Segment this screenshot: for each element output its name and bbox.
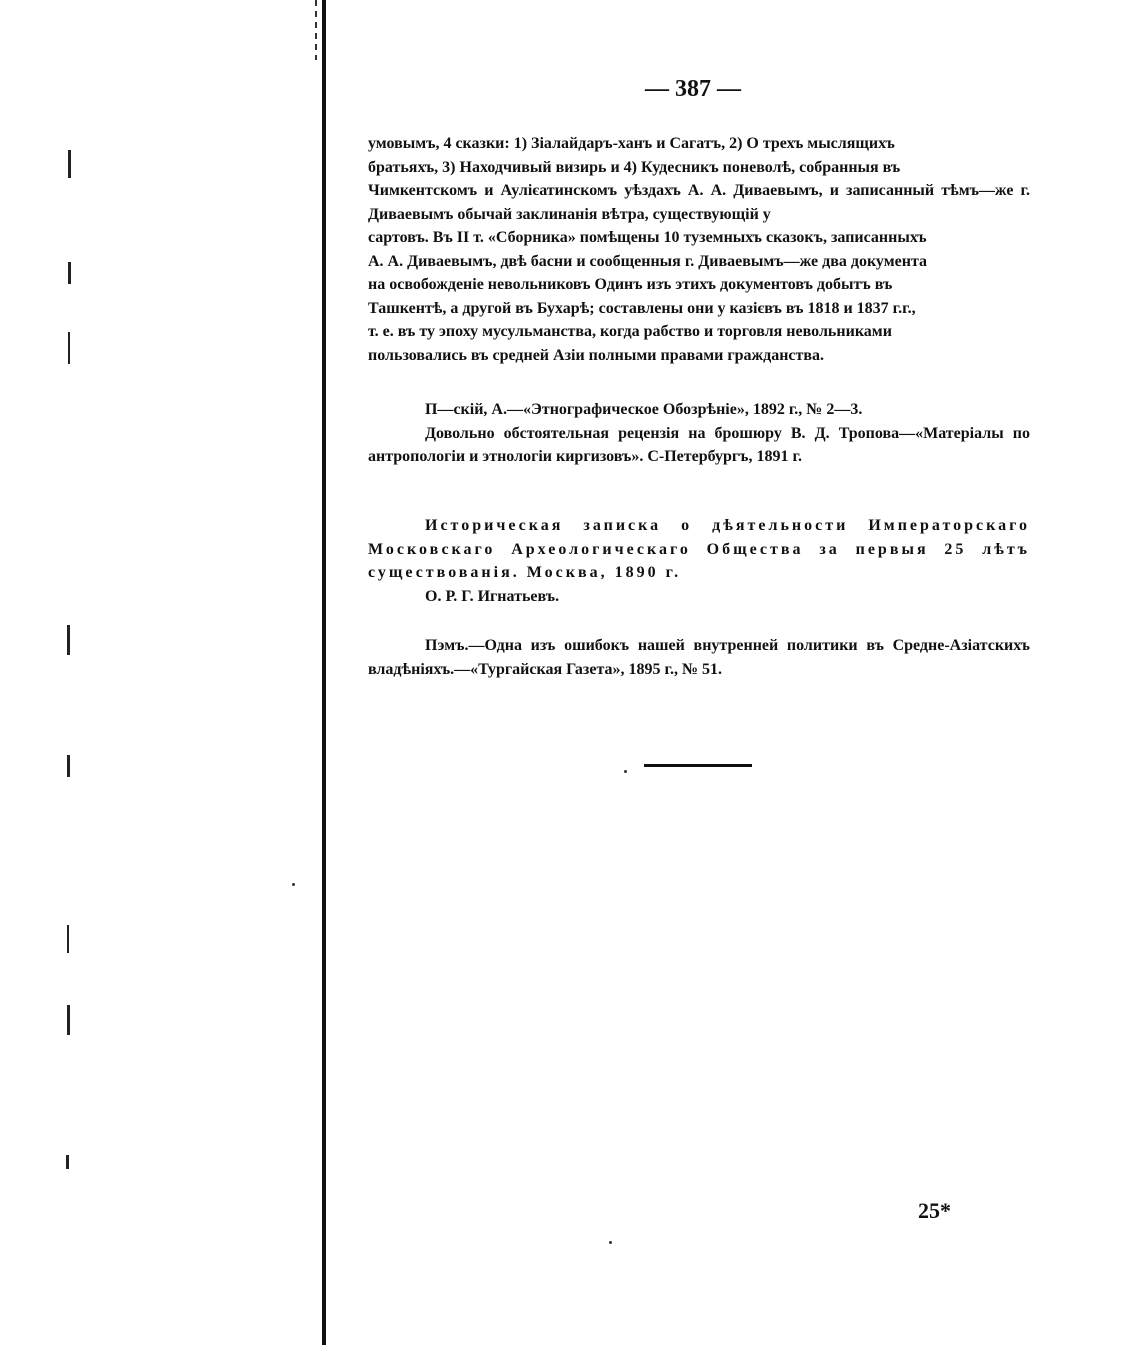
scan-artifact [66,1155,69,1169]
entry-note: О. Р. Г. Игнатьевъ. [368,585,1030,609]
line: Ташкентѣ, а другой въ Бухарѣ; составлены… [368,297,1030,321]
binding-gutter-dashes [315,0,317,60]
scan-artifact [67,625,70,655]
section-divider [644,764,752,767]
scan-artifact [67,755,70,777]
scan-artifact [68,332,70,364]
continuation-paragraph: умовымъ, 4 сказки: 1) Зіалайдаръ-ханъ и … [368,132,1030,367]
line: А. А. Диваевымъ, двѣ басни и сообщенныя … [368,250,1030,274]
entry-title: Историческая записка о дѣятельности Импе… [368,514,1030,585]
scan-artifact [624,770,627,773]
scan-artifact [609,1241,612,1244]
entry-title: Пэмъ.—Одна изъ ошибокъ нашей внутренней … [368,634,1030,681]
binding-gutter-line [322,0,326,1345]
line: Чимкентскомъ и Аулієатинскомъ уѣздахъ А.… [368,179,1030,226]
scan-artifact [68,262,71,284]
bibliography-entry: П—скій, А.—«Этнографическое Обозрѣніе», … [368,398,1030,469]
entry-note: Довольно обстоятельная рецензія на брошю… [368,422,1030,469]
bibliography-entry: Историческая записка о дѣятельности Импе… [368,514,1030,608]
line: сартовъ. Въ II т. «Сборника» помѣщены 10… [368,226,1030,250]
line: умовымъ, 4 сказки: 1) Зіалайдаръ-ханъ и … [368,132,1030,156]
scan-artifact [67,925,69,953]
line: т. е. въ ту эпоху мусульманства, когда р… [368,320,1030,344]
entry-title: П—скій, А.—«Этнографическое Обозрѣніе», … [368,398,1030,422]
bibliography-entry: Пэмъ.—Одна изъ ошибокъ нашей внутренней … [368,634,1030,681]
scan-artifact [68,150,71,178]
scan-artifact [292,883,295,886]
line: на освобожденіе невольниковъ Одинъ изъ э… [368,273,1030,297]
line: пользовались въ средней Азіи полными пра… [368,344,1030,368]
signature-mark: 25* [918,1198,951,1224]
line: братьяхъ, 3) Находчивый визирь и 4) Куде… [368,156,1030,180]
scan-artifact [67,1005,70,1035]
